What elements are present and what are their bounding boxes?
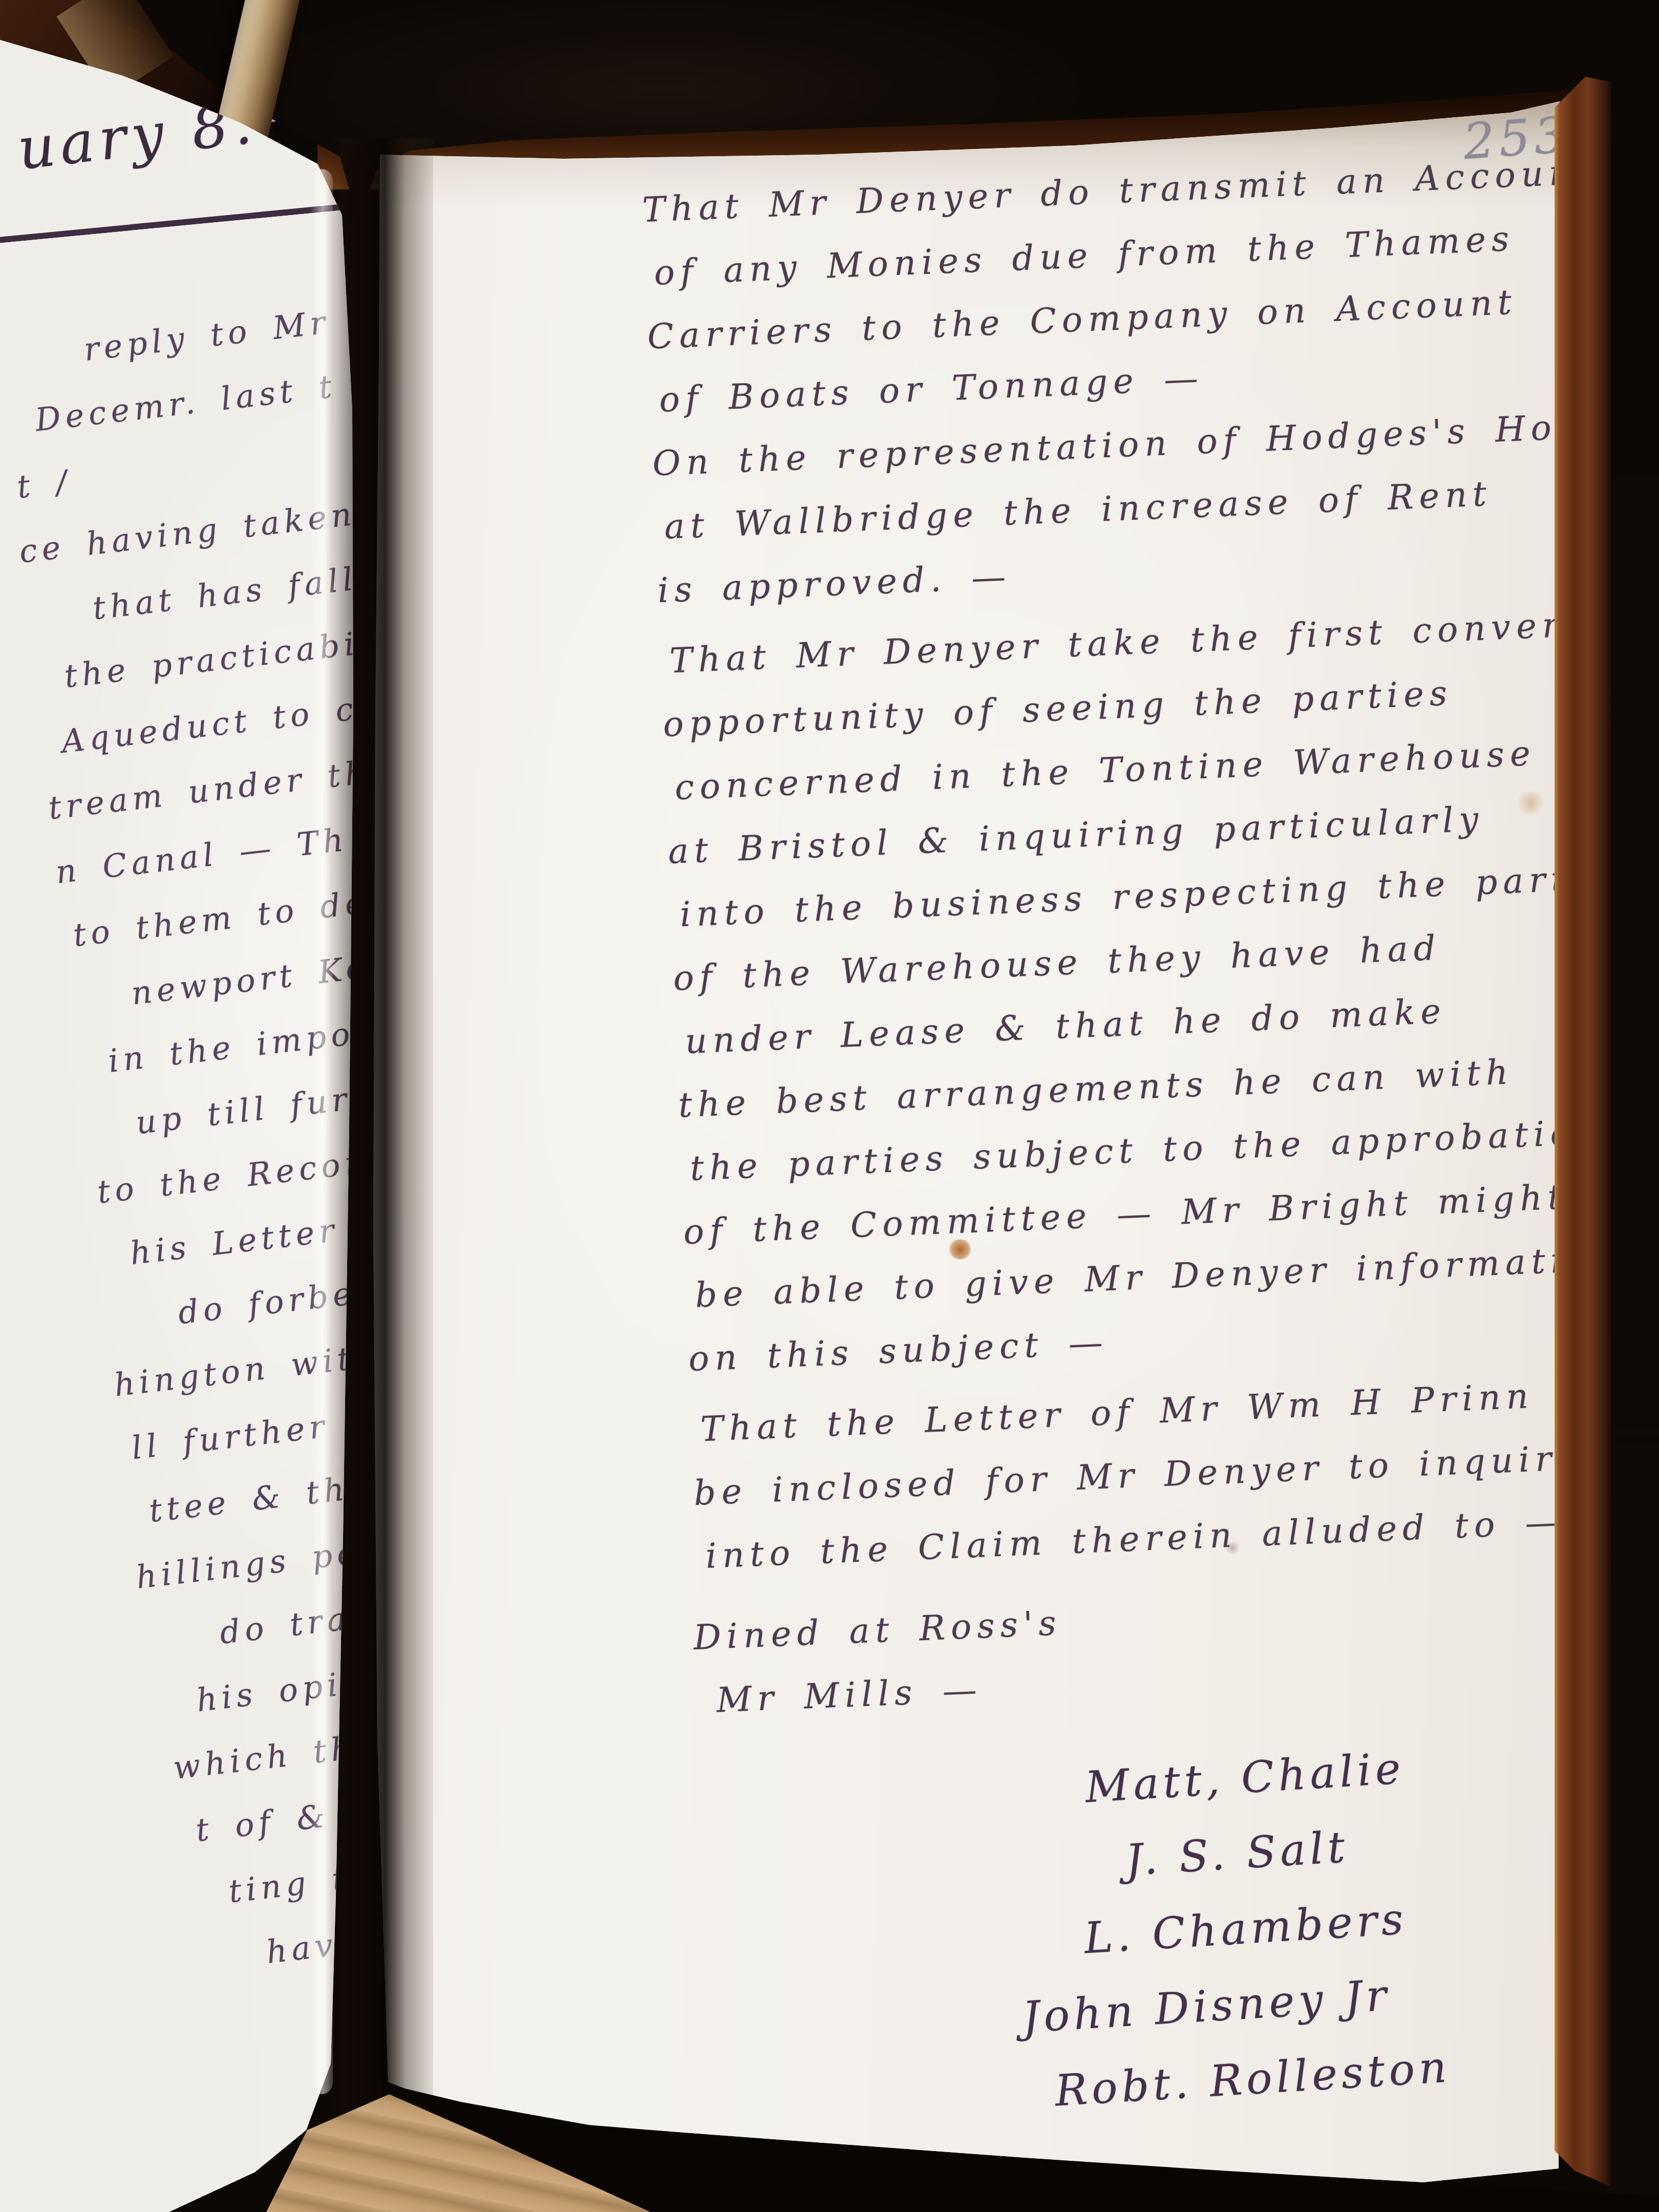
photo-scene: uary 8. 1805 reply to Mr Ha Decemr. last… bbox=[0, 0, 1659, 2212]
gutter-shadow bbox=[326, 138, 433, 2212]
leather-fore-edge bbox=[1555, 77, 1611, 2186]
minutes-text-block: That Mr Denyer do transmit an Account of… bbox=[641, 141, 1632, 1732]
gutter-page-roll-highlight bbox=[310, 169, 333, 2094]
foxing-spot bbox=[1224, 1541, 1241, 1555]
signatures-block: Matt, Chalie J. S. Salt L. Chambers John… bbox=[1083, 1729, 1453, 2126]
ink-blot bbox=[948, 1239, 972, 1260]
foxing-spot bbox=[1516, 791, 1546, 815]
